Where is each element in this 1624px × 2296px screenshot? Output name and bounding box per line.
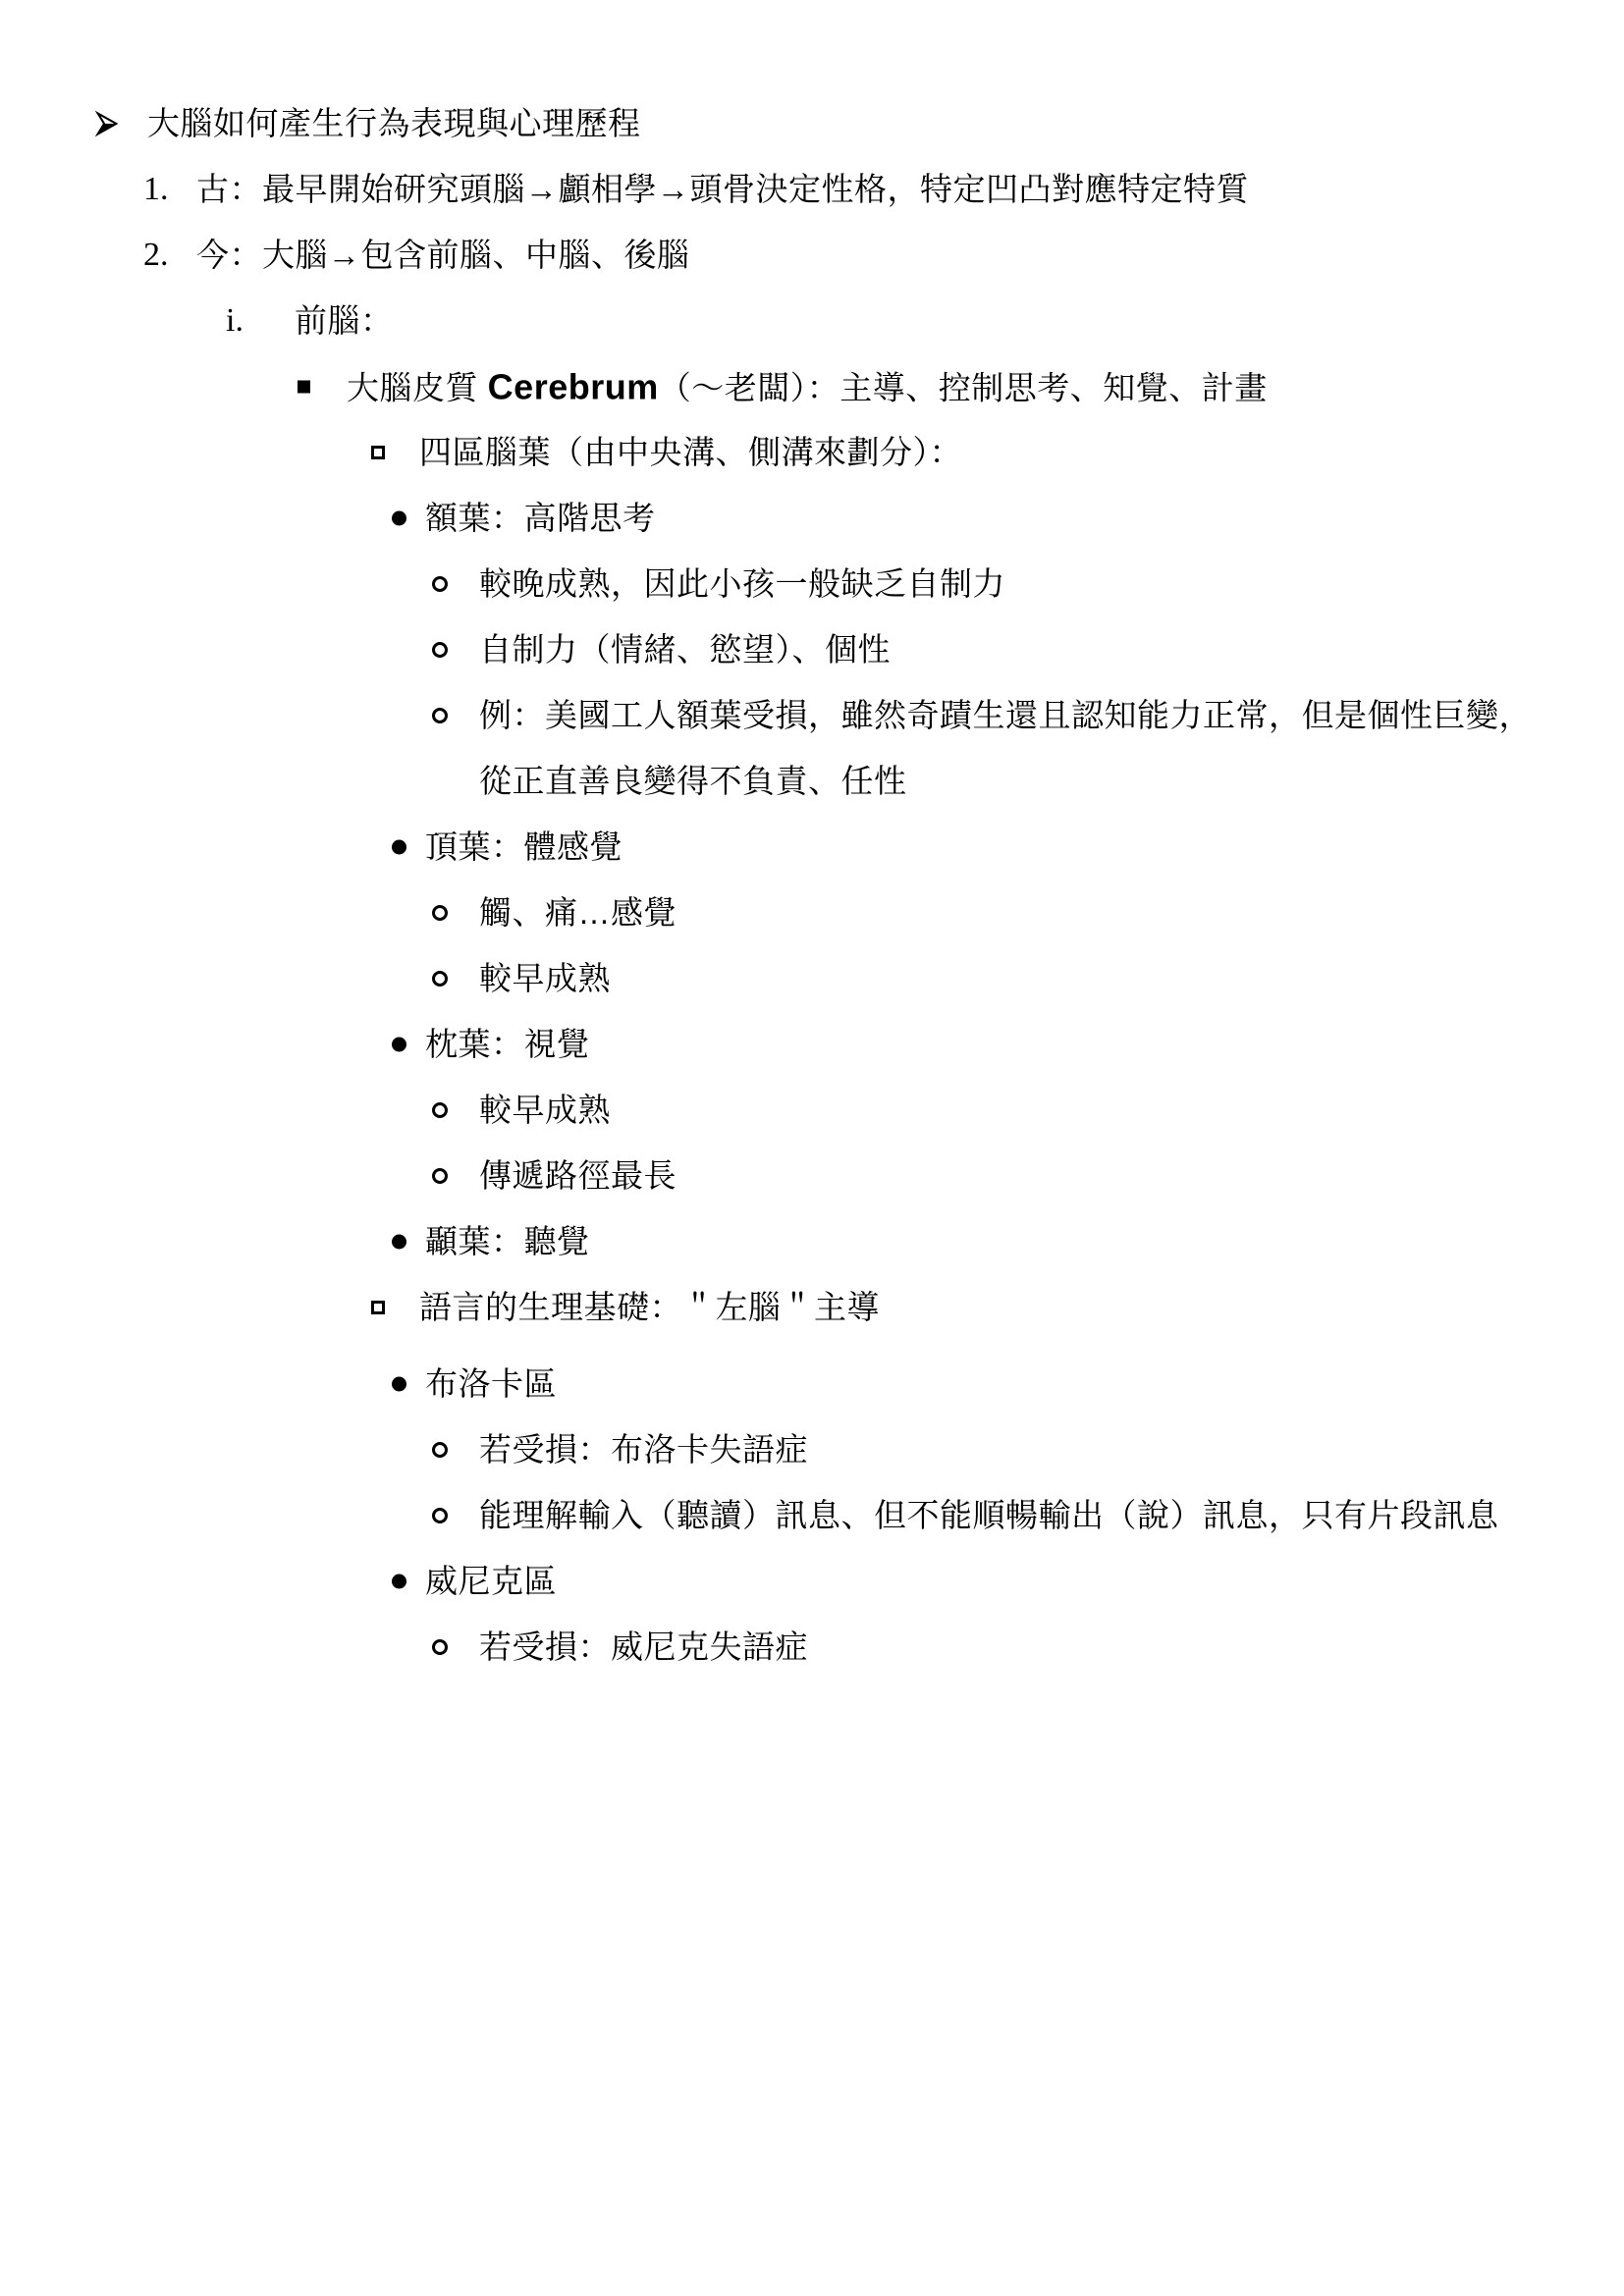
arrow-bullet-icon xyxy=(93,110,121,137)
hollow-circle-bullet-icon xyxy=(432,1508,448,1523)
notes-outline: 大腦如何產生行為表現與心理歷程 1. 古：最早開始研究頭腦→顱相學→頭骨決定性格… xyxy=(0,90,1624,1680)
list-item: 自制力（情緒、慾望）、個性 xyxy=(0,616,1624,682)
list-item: 大腦如何產生行為表現與心理歷程 xyxy=(0,90,1624,156)
hollow-square-bullet-icon xyxy=(371,1301,385,1314)
list-item-text: 枕葉：視覺 xyxy=(425,1026,590,1063)
list-item: 若受損：威尼克失語症 xyxy=(0,1614,1624,1680)
list-item-text: 頂葉：體感覺 xyxy=(425,828,623,866)
list-item: 大腦皮質 Cerebrum（～老闆）：主導、控制思考、知覺、計畫 xyxy=(0,353,1624,419)
list-item: 例：美國工人額葉受損，雖然奇蹟生還且認知能力正常，但是個性巨變， xyxy=(0,682,1624,748)
list-item: 較晚成熟，因此小孩一般缺乏自制力 xyxy=(0,551,1624,616)
list-item-text: 今：大腦→包含前腦、中腦、後腦 xyxy=(196,237,690,274)
list-item-text: 大腦皮質 Cerebrum（～老闆）：主導、控制思考、知覺、計畫 xyxy=(347,366,1268,406)
filled-circle-bullet-icon xyxy=(392,1037,406,1051)
list-item-text: 古：最早開始研究頭腦→顱相學→頭骨決定性格，特定凹凸對應特定特質 xyxy=(196,171,1249,208)
hollow-circle-bullet-icon xyxy=(432,708,448,723)
list-item: 顳葉：聽覺 xyxy=(0,1208,1624,1274)
list-item: 額葉：高階思考 xyxy=(0,485,1624,551)
list-item-text: 若受損：布洛卡失語症 xyxy=(479,1431,808,1468)
list-item: 較早成熟 xyxy=(0,1077,1624,1143)
list-item: 四區腦葉（由中央溝、側溝來劃分）： xyxy=(0,419,1624,485)
list-item: 2. 今：大腦→包含前腦、中腦、後腦 xyxy=(0,222,1624,288)
list-roman-numeral: i. xyxy=(226,304,244,338)
list-item-text: 較早成熟 xyxy=(479,960,611,997)
text-segment: 大腦皮質 xyxy=(347,369,488,405)
list-item-text: 自制力（情緒、慾望）、個性 xyxy=(479,631,891,668)
hollow-circle-bullet-icon xyxy=(432,576,448,592)
hollow-circle-bullet-icon xyxy=(432,1102,448,1118)
hollow-circle-bullet-icon xyxy=(432,971,448,987)
filled-circle-bullet-icon xyxy=(392,1574,406,1588)
list-item-text: 布洛卡區 xyxy=(425,1365,557,1403)
list-item: 頂葉：體感覺 xyxy=(0,814,1624,880)
list-item-text: 威尼克區 xyxy=(425,1563,557,1600)
list-item-continuation: 從正直善良變得不負責、任性 xyxy=(0,748,1624,814)
filled-circle-bullet-icon xyxy=(392,1376,406,1391)
filled-circle-bullet-icon xyxy=(392,1234,406,1249)
list-number: 1. xyxy=(143,173,169,206)
list-item-text: 例：美國工人額葉受損，雖然奇蹟生還且認知能力正常，但是個性巨變， xyxy=(479,697,1532,734)
text-segment: （～老闆）：主導、控制思考、知覺、計畫 xyxy=(659,369,1268,405)
list-item-text: 較早成熟 xyxy=(479,1092,611,1129)
list-item-text: 顳葉：聽覺 xyxy=(425,1223,590,1260)
list-item-text: 從正直善良變得不負責、任性 xyxy=(479,763,907,800)
page-title: 大腦如何產生行為表現與心理歷程 xyxy=(147,105,641,142)
filled-circle-bullet-icon xyxy=(392,510,406,525)
list-item-text: 傳遞路徑最長 xyxy=(479,1157,677,1195)
list-item: 傳遞路徑最長 xyxy=(0,1143,1624,1208)
hollow-circle-bullet-icon xyxy=(432,1168,448,1184)
hollow-circle-bullet-icon xyxy=(432,642,448,658)
list-item-text: 較晚成熟，因此小孩一般缺乏自制力 xyxy=(479,565,1005,603)
list-item: 語言的生理基礎：＂左腦＂主導 xyxy=(0,1274,1624,1340)
hollow-circle-bullet-icon xyxy=(432,1442,448,1458)
hollow-circle-bullet-icon xyxy=(432,905,448,921)
list-item: 威尼克區 xyxy=(0,1548,1624,1614)
list-item: 觸、痛…感覺 xyxy=(0,880,1624,945)
list-item: 較早成熟 xyxy=(0,945,1624,1011)
list-item-text: 觸、痛…感覺 xyxy=(479,894,677,932)
list-item-text: 能理解輸入（聽讀）訊息、但不能順暢輸出（說）訊息，只有片段訊息 xyxy=(479,1497,1499,1534)
list-item-text: 四區腦葉（由中央溝、側溝來劃分）： xyxy=(419,434,962,471)
filled-square-bullet-icon xyxy=(298,380,310,393)
list-item: 布洛卡區 xyxy=(0,1351,1624,1416)
hollow-circle-bullet-icon xyxy=(432,1639,448,1655)
list-item: 枕葉：視覺 xyxy=(0,1011,1624,1077)
list-item: 1. 古：最早開始研究頭腦→顱相學→頭骨決定性格，特定凹凸對應特定特質 xyxy=(0,156,1624,222)
list-item-text: 若受損：威尼克失語症 xyxy=(479,1629,808,1666)
list-item: 能理解輸入（聽讀）訊息、但不能順暢輸出（說）訊息，只有片段訊息 xyxy=(0,1482,1624,1548)
page: 大腦如何產生行為表現與心理歷程 1. 古：最早開始研究頭腦→顱相學→頭骨決定性格… xyxy=(0,0,1624,2296)
filled-circle-bullet-icon xyxy=(392,839,406,854)
list-item-text: 前腦： xyxy=(295,302,394,340)
hollow-square-bullet-icon xyxy=(371,446,385,459)
list-item: 若受損：布洛卡失語症 xyxy=(0,1416,1624,1482)
list-item-text: 額葉：高階思考 xyxy=(425,500,656,537)
list-item: i. 前腦： xyxy=(0,288,1624,353)
text-segment-bold: Cerebrum xyxy=(488,366,659,406)
list-number: 2. xyxy=(143,239,169,272)
list-item-text: 語言的生理基礎：＂左腦＂主導 xyxy=(419,1289,880,1326)
